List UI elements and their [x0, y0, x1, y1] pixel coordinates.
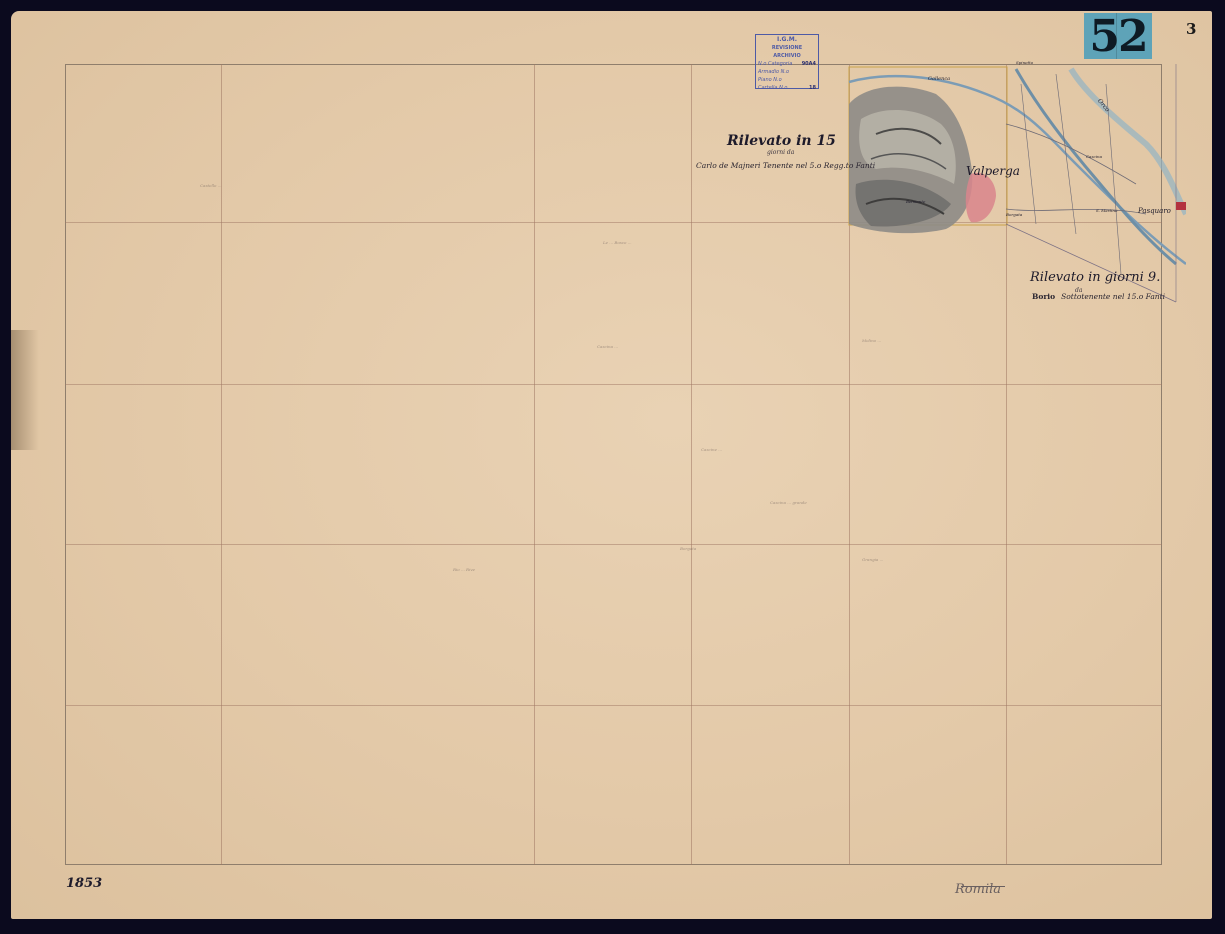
- place-label-borgata: Borgata: [1006, 212, 1022, 217]
- survey-caption-author: Carlo de Majneri Tenente nel 5.o Regg.to…: [696, 161, 875, 170]
- place-label-belmonte: Belmonte: [906, 199, 925, 204]
- river-label-gallenca: Gallenca: [928, 76, 950, 82]
- survey-caption-title: Rilevato in 15: [727, 133, 836, 149]
- grid-line-horizontal: [65, 544, 1162, 545]
- stamp-row: Piano N.o: [758, 76, 816, 84]
- sheet-number-badge: 52: [1084, 13, 1152, 59]
- pencil-note: Grangia ...: [862, 557, 883, 562]
- archive-stamp: I.G.M. REVISIONE ARCHIVIO N.o Categoria9…: [755, 34, 819, 89]
- pencil-note: Cascina ... grande: [770, 500, 807, 505]
- stamp-row: N.o Categoria90A4: [758, 60, 816, 68]
- grid-line-vertical: [534, 64, 535, 865]
- pencil-note: Molino ...: [862, 338, 881, 343]
- grid-line-horizontal: [65, 705, 1162, 706]
- stamp-subtitle: REVISIONE ARCHIVIO: [758, 44, 816, 60]
- pencil-note: Cascine ...: [701, 447, 722, 452]
- survey-caption-author-2: BorioSottotenente nel 15.o Fanti: [1032, 292, 1165, 301]
- grid-line-vertical: [691, 64, 692, 865]
- map-year: 1853: [66, 876, 102, 891]
- survey-caption-sub: giorni da: [767, 149, 794, 156]
- surveyed-map-area: Valperga Pasquaro Orco Gallenca Belmonte…: [846, 64, 1186, 304]
- signature: Romila: [955, 882, 1001, 897]
- sheet-number: 52: [1089, 11, 1146, 62]
- stamp-row: Cartella N.o18: [758, 84, 816, 92]
- sheet-sub-number: 3: [1186, 20, 1196, 38]
- stamp-row: Armadio N.o: [758, 68, 816, 76]
- pencil-note: Cascina ...: [597, 344, 618, 349]
- author-name: Borio: [1032, 292, 1055, 301]
- pencil-note: Castello ...: [200, 183, 222, 188]
- pencil-note: Borgata: [680, 546, 696, 551]
- place-label-pasquaro: Pasquaro: [1138, 207, 1171, 215]
- author-rank: Sottotenente nel 15.o Fanti: [1061, 292, 1165, 301]
- place-label-valperga: Valperga: [966, 164, 1020, 178]
- place-label-cascina: Cascina: [1086, 154, 1102, 159]
- place-label-spinetto: Spinetto: [1016, 60, 1033, 65]
- place-label-s-martino: S. Martino: [1096, 208, 1117, 213]
- paper-fold-shadow: [11, 330, 39, 450]
- pencil-note: Rio ... Rive: [453, 567, 475, 572]
- stamp-title: I.G.M.: [758, 36, 816, 44]
- survey-caption-title-2: Rilevato in giorni 9.: [1030, 270, 1160, 285]
- pencil-note: Le ... Bosco ...: [603, 240, 632, 245]
- badge-divider: [1116, 13, 1117, 59]
- grid-line-horizontal: [65, 384, 1162, 385]
- terrain-drawing: [846, 64, 1186, 304]
